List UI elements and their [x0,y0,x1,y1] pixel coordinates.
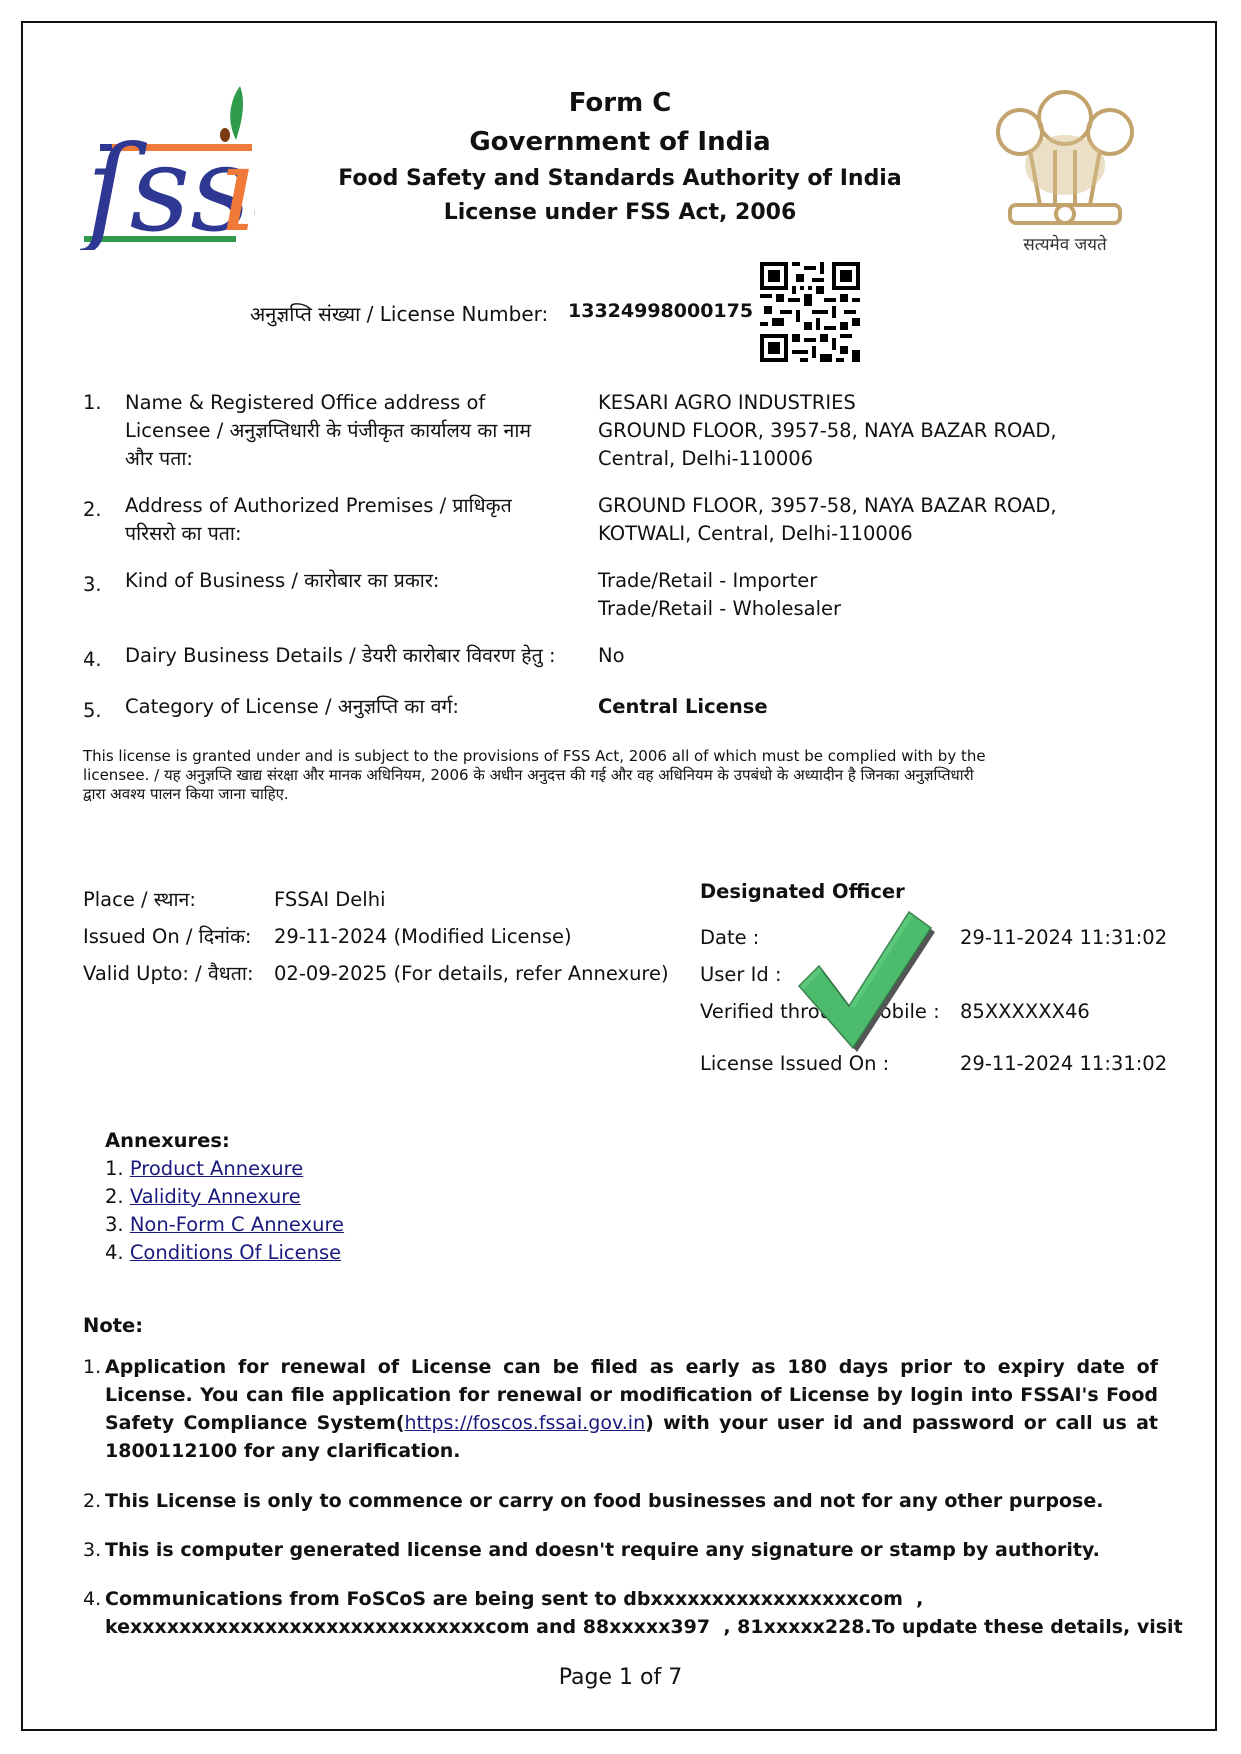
license-number-label: अनुज्ञप्ति संख्या / License Number: [250,300,548,327]
place-label: Place / स्थान: [83,881,274,918]
qr-code [760,262,860,362]
validity-annexure-link[interactable]: Validity Annexure [130,1185,301,1208]
detail-number: 2. [83,498,102,521]
detail-number: 1. [83,391,102,414]
detail-label: Dairy Business Details / डेयरी कारोबार व… [125,642,595,670]
note-2: 2. This License is only to commence or c… [83,1487,1158,1515]
kind-of-business: Trade/Retail - ImporterTrade/Retail - Wh… [598,567,841,623]
note-1: 1. Application for renewal of License ca… [83,1353,1158,1465]
detail-label: Name & Registered Office address ofLicen… [125,389,595,473]
issue-info: Place / स्थान:FSSAI Delhi Issued On / दि… [83,881,683,992]
issued-on-value: 29-11-2024 (Modified License) [274,925,572,948]
detail-number: 3. [83,573,102,596]
fssai-logo: ſssa ı [80,80,255,250]
designated-officer-heading: Designated Officer [700,880,905,903]
note-4: 4. Communications from FoSCoS are being … [83,1585,1158,1641]
detail-number: 4. [83,648,102,671]
valid-upto-label: Valid Upto: / वैधता: [83,955,274,992]
government-title: Government of India [320,127,920,157]
form-title: Form C [320,88,920,118]
licensee-name-address: KESARI AGRO INDUSTRIESGROUND FLOOR, 3957… [598,389,1057,473]
national-emblem: सत्यमेव जयते [980,80,1150,255]
page-border [21,21,1217,1731]
officer-date-label: Date : [700,926,759,949]
dairy-business-value: No [598,642,625,670]
conditions-of-license-link[interactable]: Conditions Of License [130,1241,341,1264]
detail-label: Category of License / अनुज्ञप्ति का वर्ग… [125,693,595,721]
annexures-section: Annexures: 1. Product Annexure 2. Validi… [105,1127,344,1267]
svg-text:ı: ı [218,120,255,250]
detail-number: 5. [83,699,102,722]
note-3: 3. This is computer generated license an… [83,1536,1158,1564]
license-issued-on-value: 29-11-2024 11:31:02 [960,1052,1167,1075]
issued-on-label: Issued On / दिनांक: [83,918,274,955]
product-annexure-link[interactable]: Product Annexure [130,1157,303,1180]
foscos-link[interactable]: https://foscos.fssai.gov.in [405,1412,646,1434]
valid-upto-value: 02-09-2025 (For details, refer Annexure) [274,962,669,985]
premises-address: GROUND FLOOR, 3957-58, NAYA BAZAR ROAD,K… [598,492,1057,548]
detail-label: Address of Authorized Premises / प्राधिक… [125,492,595,548]
authority-title: Food Safety and Standards Authority of I… [320,166,920,191]
license-number-value: 13324998000175 [568,300,753,322]
green-checkmark-icon [795,910,935,1060]
verified-mobile-value: 85XXXXXX46 [960,1000,1090,1023]
officer-date-value: 29-11-2024 11:31:02 [960,926,1167,949]
license-disclaimer: This license is granted under and is sub… [83,747,1083,804]
notes-heading: Note: [83,1314,143,1337]
officer-userid-label: User Id : [700,963,782,986]
license-category: Central License [598,693,768,721]
emblem-motto: सत्यमेव जयते [980,232,1150,255]
detail-label: Kind of Business / कारोबार का प्रकार: [125,567,595,595]
non-form-c-annexure-link[interactable]: Non-Form C Annexure [130,1213,344,1236]
page-number: Page 1 of 7 [0,1665,1241,1690]
annexures-heading: Annexures: [105,1127,344,1155]
place-value: FSSAI Delhi [274,888,386,911]
license-act-title: License under FSS Act, 2006 [320,200,920,225]
